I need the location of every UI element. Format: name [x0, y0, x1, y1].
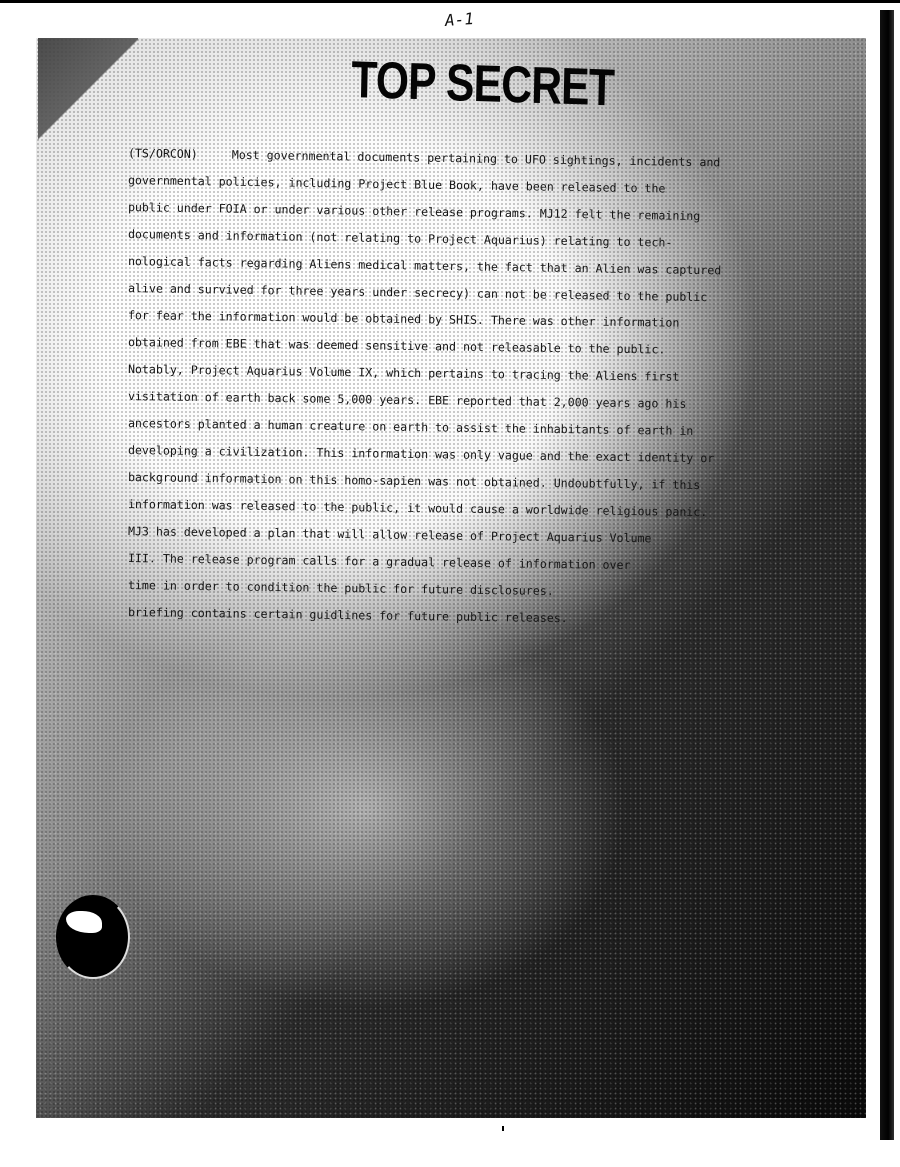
classification-stamp: TOP SECRET	[351, 50, 615, 118]
paragraph-classification: (TS/ORCON)	[128, 146, 198, 161]
seal-emblem-icon	[56, 895, 130, 979]
page-mark: A-1	[444, 9, 474, 30]
document-body: (TS/ORCON)Most governmental documents pe…	[128, 140, 828, 626]
top-border	[0, 0, 900, 3]
scanner-edge-shadow	[880, 10, 894, 1140]
scan-speck	[502, 1126, 504, 1131]
folded-corner	[38, 38, 138, 143]
